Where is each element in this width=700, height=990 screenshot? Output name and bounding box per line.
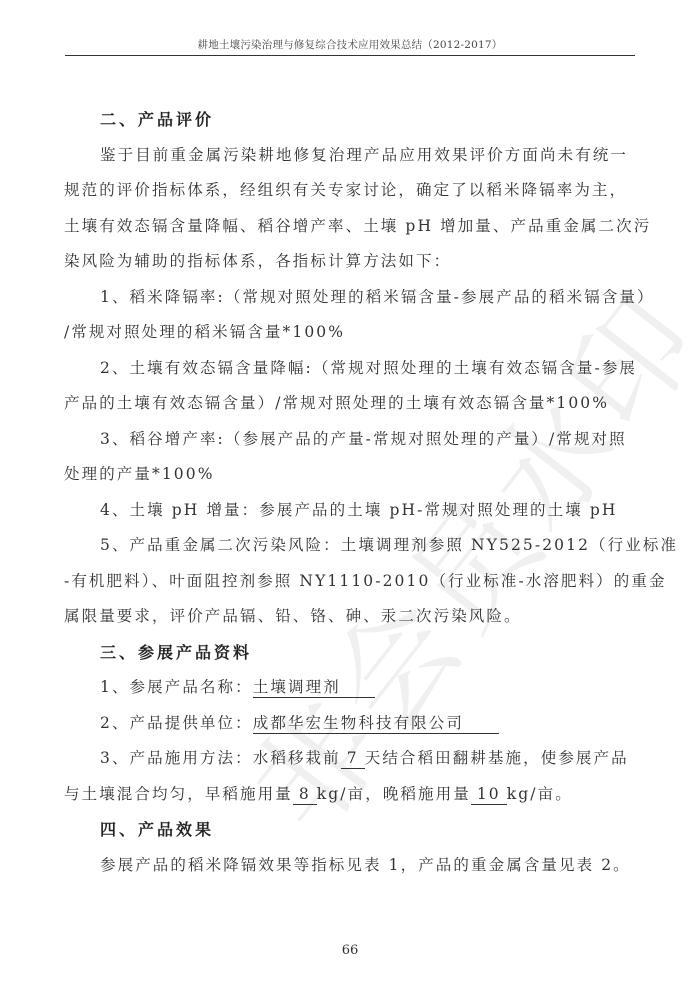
paragraph-line: 规范的评价指标体系，经组织有关专家讨论，确定了以稻米降镉率为主， — [64, 173, 634, 209]
product-name-value: 土壤调理剂 — [253, 678, 375, 698]
product-unit-row: 2、产品提供单位：成都华宏生物科技有限公司 — [64, 706, 634, 742]
product-unit-label: 2、产品提供单位： — [100, 714, 253, 732]
indicator-secondary-pollution-cont: -有机肥料）、叶面阻控剂参照 NY1110-2010（行业标准-水溶肥料）的重金 — [64, 564, 634, 600]
application-rate-row: 与土壤混合均匀，早稻施用量8kg/亩，晚稻施用量10kg/亩。 — [64, 777, 634, 813]
indicator-secondary-pollution-cont: 属限量要求，评价产品镉、铅、铬、砷、汞二次污染风险。 — [64, 599, 634, 635]
indicator-ph-increase: 4、土壤 pH 增量：参展产品的土壤 pH-常规对照处理的土壤 pH — [64, 493, 634, 529]
paragraph-line: 染风险为辅助的指标体系，各指标计算方法如下： — [64, 244, 634, 280]
paragraph-line: 土壤有效态镉含量降幅、稻谷增产率、土壤 pH 增加量、产品重金属二次污 — [64, 209, 634, 245]
early-rice-rate-value: 8 — [293, 785, 317, 805]
section-heading-product-info: 三、参展产品资料 — [64, 635, 634, 671]
product-name-row: 1、参展产品名称：土壤调理剂 — [64, 670, 634, 706]
application-method-label: 3、产品施用方法：水稻移栽前 — [100, 749, 341, 767]
indicator-soil-cd-decrease: 2、土壤有效态镉含量降幅:（常规对照处理的土壤有效态镉含量-参展 — [64, 351, 634, 387]
late-rate-unit: kg/亩。 — [507, 785, 573, 803]
indicator-soil-cd-decrease-cont: 产品的土壤有效态镉含量）/常规对照处理的土壤有效态镉含量*100% — [64, 386, 634, 422]
indicator-yield-increase: 3、稻谷增产率:（参展产品的产量-常规对照处理的产量）/常规对照 — [64, 422, 634, 458]
product-name-label: 1、参展产品名称： — [100, 678, 253, 696]
page-number: 66 — [0, 943, 700, 958]
application-days-value: 7 — [341, 749, 365, 769]
paragraph-line: 鉴于目前重金属污染耕地修复治理产品应用效果评价方面尚未有统一 — [64, 138, 634, 174]
indicator-rice-cd-reduction-cont: /常规对照处理的稻米镉含量*100% — [64, 315, 634, 351]
indicator-secondary-pollution: 5、产品重金属二次污染风险：土壤调理剂参照 NY525-2012（行业标准 — [64, 528, 634, 564]
product-unit-value: 成都华宏生物科技有限公司 — [253, 714, 499, 734]
late-rice-rate-value: 10 — [471, 785, 507, 805]
application-method-text: 天结合稻田翻耕基施，使参展产品 — [365, 749, 629, 767]
document-body: 二、产品评价 鉴于目前重金属污染耕地修复治理产品应用效果评价方面尚未有统一 规范… — [64, 102, 634, 883]
indicator-rice-cd-reduction: 1、稻米降镉率:（常规对照处理的稻米镉含量-参展产品的稻米镉含量） — [64, 280, 634, 316]
section-heading-evaluation: 二、产品评价 — [64, 102, 634, 138]
effect-paragraph: 参展产品的稻米降镉效果等指标见表 1，产品的重金属含量见表 2。 — [64, 848, 634, 884]
indicator-yield-increase-cont: 处理的产量*100% — [64, 457, 634, 493]
running-header: 耕地土壤污染治理与修复综合技术应用效果总结（2012-2017） — [65, 38, 635, 56]
early-rate-unit: kg/亩，晚稻施用量 — [317, 785, 471, 803]
application-rate-prefix: 与土壤混合均匀，早稻施用量 — [64, 785, 293, 803]
section-heading-effect: 四、产品效果 — [64, 812, 634, 848]
application-method-row: 3、产品施用方法：水稻移栽前7天结合稻田翻耕基施，使参展产品 — [64, 741, 634, 777]
